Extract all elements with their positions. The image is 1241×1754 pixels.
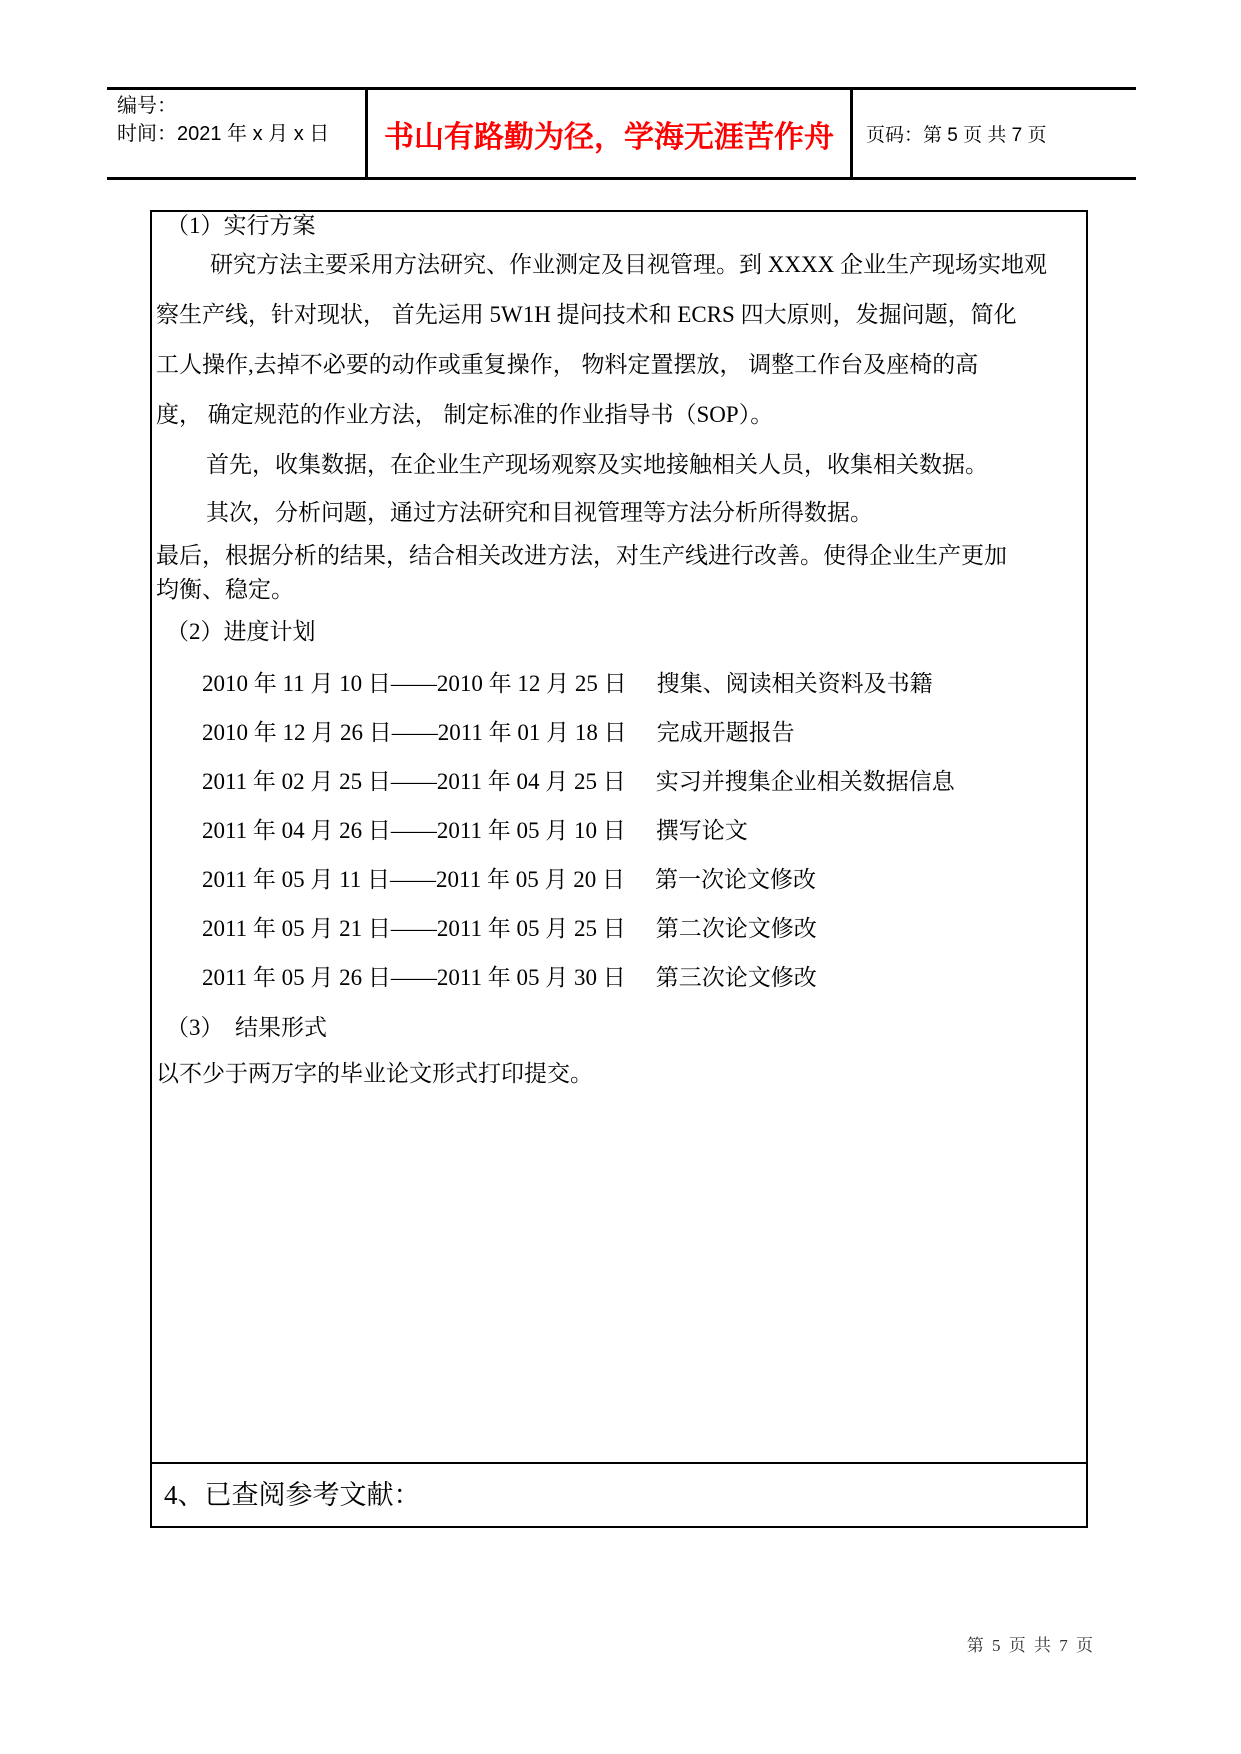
schedule-date: 2011 年 05 月 26 日——2011 年 05 月 30 日 — [202, 965, 626, 990]
references-row: 4、已查阅参考文献： — [152, 1462, 1086, 1526]
paragraph-line: 工人操作,去掉不必要的动作或重复操作， 物料定置摆放， 调整工作台及座椅的高 — [156, 340, 1078, 390]
schedule-date: 2011 年 04 月 26 日——2011 年 05 月 10 日 — [202, 818, 626, 843]
schedule-date: 2010 年 11 月 10 日——2010 年 12 月 25 日 — [202, 671, 627, 696]
schedule-task: 第二次论文修改 — [656, 916, 817, 941]
main-cell: （1）实行方案 研究方法主要采用方法研究、作业测定及目视管理。到 XXXX 企业… — [152, 212, 1086, 1462]
header-right-cell: 页码：第 5 页 共 7 页 — [853, 90, 1136, 177]
schedule-task: 搜集、阅读相关资料及书籍 — [657, 671, 933, 696]
step-line-second: 其次，分析问题，通过方法研究和目视管理等方法分析所得数据。 — [156, 489, 1078, 537]
schedule-date: 2010 年 12 月 26 日——2011 年 01 月 18 日 — [202, 720, 627, 745]
motto-text: 书山有路勤为径，学海无涯苦作舟 — [384, 112, 834, 156]
schedule-row: 2010 年 12 月 26 日——2011 年 01 月 18 日完成开题报告 — [156, 708, 1078, 757]
paragraph-line: 研究方法主要采用方法研究、作业测定及目视管理。到 XXXX 企业生产现场实地观 — [156, 240, 1078, 290]
step-line-first: 首先，收集数据，在企业生产现场观察及实地接触相关人员，收集相关数据。 — [156, 440, 1078, 489]
schedule-date: 2011 年 05 月 21 日——2011 年 05 月 25 日 — [202, 916, 626, 941]
schedule-date: 2011 年 02 月 25 日——2011 年 04 月 25 日 — [202, 769, 626, 794]
section1-title: （1）实行方案 — [156, 212, 1078, 240]
page-info-label: 页码：第 5 页 共 7 页 — [866, 120, 1047, 147]
schedule-row: 2011 年 05 月 11 日——2011 年 05 月 20 日第一次论文修… — [156, 855, 1078, 904]
schedule-task: 完成开题报告 — [657, 720, 795, 745]
step-line-last-wrap: 均衡、稳定。 — [156, 575, 1078, 605]
schedule-task: 实习并搜集企业相关数据信息 — [656, 769, 955, 794]
schedule-task: 撰写论文 — [656, 818, 748, 843]
schedule-task: 第三次论文修改 — [656, 965, 817, 990]
header-middle-cell: 书山有路勤为径，学海无涯苦作舟 — [365, 90, 853, 177]
step-line-last: 最后，根据分析的结果，结合相关改进方法，对生产线进行改善。使得企业生产更加 — [156, 537, 1078, 575]
schedule-row: 2011 年 05 月 26 日——2011 年 05 月 30 日第三次论文修… — [156, 953, 1078, 1002]
references-title: 4、已查阅参考文献： — [164, 1480, 421, 1510]
content-box: （1）实行方案 研究方法主要采用方法研究、作业测定及目视管理。到 XXXX 企业… — [150, 210, 1088, 1528]
result-line: 以不少于两万字的毕业论文形式打印提交。 — [156, 1054, 1078, 1094]
document-page: 编号： 时间：2021 年 x 月 x 日 书山有路勤为径，学海无涯苦作舟 页码… — [0, 0, 1241, 1754]
schedule-date: 2011 年 05 月 11 日——2011 年 05 月 20 日 — [202, 867, 625, 892]
schedule-row: 2010 年 11 月 10 日——2010 年 12 月 25 日搜集、阅读相… — [156, 659, 1078, 708]
paragraph-line: 度， 确定规范的作业方法， 制定标准的作业指导书（SOP）。 — [156, 390, 1078, 440]
footer-page-number: 第 5 页 共 7 页 — [967, 1631, 1095, 1656]
serial-label: 编号： — [117, 92, 365, 120]
schedule-row: 2011 年 05 月 21 日——2011 年 05 月 25 日第二次论文修… — [156, 904, 1078, 953]
schedule-row: 2011 年 02 月 25 日——2011 年 04 月 25 日实习并搜集企… — [156, 757, 1078, 806]
section3-title: （3） 结果形式 — [156, 1002, 1078, 1054]
schedule-row: 2011 年 04 月 26 日——2011 年 05 月 10 日撰写论文 — [156, 806, 1078, 855]
header-left-cell: 编号： 时间：2021 年 x 月 x 日 — [107, 90, 365, 177]
schedule-task: 第一次论文修改 — [655, 867, 816, 892]
header-table: 编号： 时间：2021 年 x 月 x 日 书山有路勤为径，学海无涯苦作舟 页码… — [107, 87, 1136, 180]
section2-title: （2）进度计划 — [156, 605, 1078, 659]
paragraph-line: 察生产线，针对现状， 首先运用 5W1H 提问技术和 ECRS 四大原则，发掘问… — [156, 290, 1078, 340]
date-label: 时间：2021 年 x 月 x 日 — [117, 120, 365, 148]
